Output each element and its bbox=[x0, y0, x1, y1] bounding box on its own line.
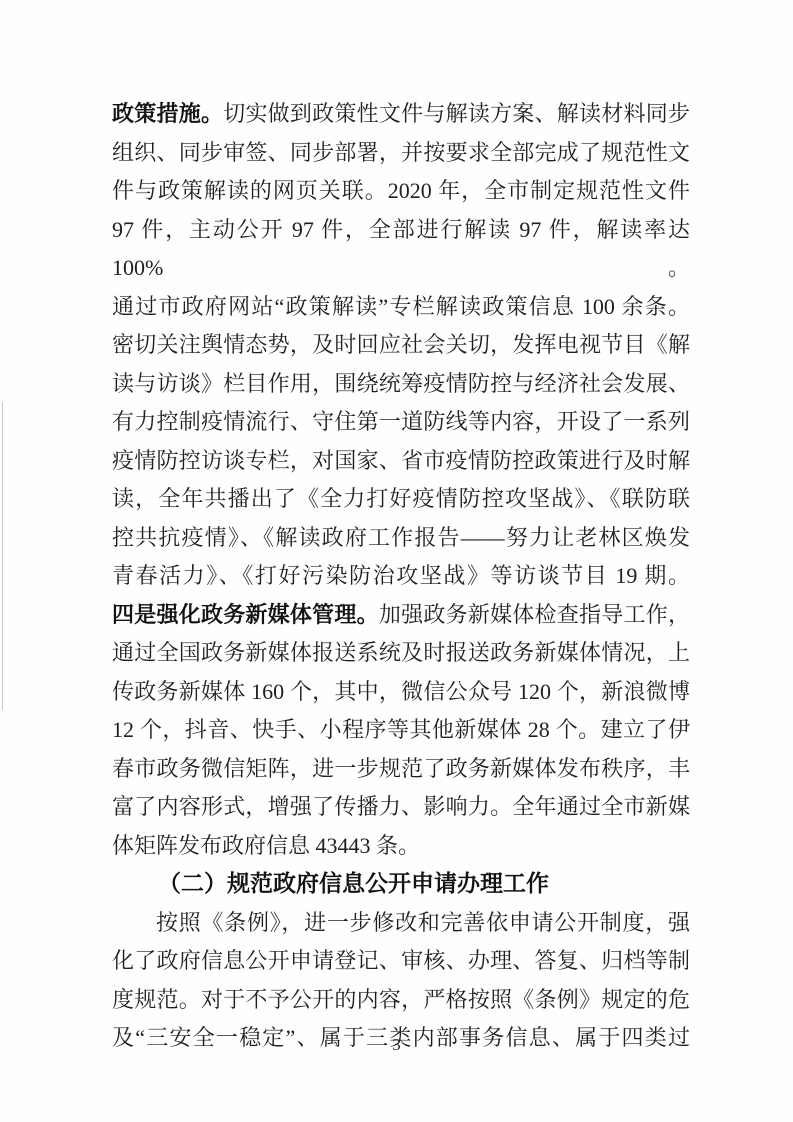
text-line: 控共抗疫情》、《解读政府工作报告——努力让老林区焕发 bbox=[112, 519, 690, 558]
document-body: 政策措施。切实做到政策性文件与解读方案、解读材料同步 组织、同步审签、同步部署，… bbox=[112, 95, 690, 1058]
text-run: 组织、同步审签、同步部署，并按要求全部完成了规范性文 bbox=[112, 140, 690, 165]
text-run: 12 个，抖音、快手、小程序等其他新媒体 28 个。建立了伊 bbox=[112, 717, 690, 742]
text-line: 体矩阵发布政府信息 43443 条。 bbox=[112, 827, 690, 866]
text-run: 按照《条例》，进一步修改和完善依申请公开制度，强 bbox=[156, 910, 690, 935]
text-run: 加强政务新媒体检查指导工作， bbox=[379, 602, 690, 627]
text-run: 通过市政府网站“政策解读”专栏解读政策信息 100 余条。 bbox=[112, 294, 690, 319]
text-run: 春市政务微信矩阵，进一步规范了政务新媒体发布秩序，丰 bbox=[112, 756, 690, 781]
text-run: 富了内容形式，增强了传播力、影响力。全年通过全市新媒 bbox=[112, 794, 690, 819]
text-line: 读，全年共播出了《全力打好疫情防控攻坚战》、《联防联 bbox=[112, 480, 690, 519]
document-page: 政策措施。切实做到政策性文件与解读方案、解读材料同步 组织、同步审签、同步部署，… bbox=[0, 0, 793, 1122]
text-line: 通过全国政务新媒体报送系统及时报送政务新媒体情况，上 bbox=[112, 634, 690, 673]
section-heading: （二）规范政府信息公开申请办理工作 bbox=[112, 865, 690, 904]
text-line: 政策措施。切实做到政策性文件与解读方案、解读材料同步 bbox=[112, 95, 690, 134]
text-line: 四是强化政务新媒体管理。加强政务新媒体检查指导工作， bbox=[112, 596, 690, 635]
text-line: 度规范。对于不予公开的内容，严格按照《条例》规定的危 bbox=[112, 981, 690, 1020]
text-line: 通过市政府网站“政策解读”专栏解读政策信息 100 余条。 bbox=[112, 288, 690, 327]
text-line: 按照《条例》，进一步修改和完善依申请公开制度，强 bbox=[112, 904, 690, 943]
text-run: 读与访谈》栏目作用，围绕统筹疫情防控与经济社会发展、 bbox=[112, 371, 690, 396]
scan-artifact-line bbox=[2, 402, 3, 710]
text-run: 通过全国政务新媒体报送系统及时报送政务新媒体情况，上 bbox=[112, 640, 690, 665]
text-line: 组织、同步审签、同步部署，并按要求全部完成了规范性文 bbox=[112, 134, 690, 173]
text-run: 青春活力》、《打好污染防治攻坚战》等访谈节目 19 期。 bbox=[112, 563, 690, 588]
text-run: 有力控制疫情流行、守住第一道防线等内容，开设了一系列 bbox=[112, 409, 690, 434]
text-line: 97 件，主动公开 97 件，全部进行解读 97 件，解读率达 100%。 bbox=[112, 211, 690, 288]
text-line: 传政务新媒体 160 个，其中，微信公众号 120 个，新浪微博 bbox=[112, 673, 690, 712]
text-run: 度规范。对于不予公开的内容，严格按照《条例》规定的危 bbox=[112, 987, 690, 1012]
text-line: 12 个，抖音、快手、小程序等其他新媒体 28 个。建立了伊 bbox=[112, 711, 690, 750]
text-line: 富了内容形式，增强了传播力、影响力。全年通过全市新媒 bbox=[112, 788, 690, 827]
text-line: 有力控制疫情流行、守住第一道防线等内容，开设了一系列 bbox=[112, 403, 690, 442]
text-run: 密切关注舆情态势，及时回应社会关切，发挥电视节目《解 bbox=[112, 332, 690, 357]
text-run: 读，全年共播出了《全力打好疫情防控攻坚战》、《联防联 bbox=[112, 486, 690, 511]
text-line: 疫情防控访谈专栏，对国家、省市疫情防控政策进行及时解 bbox=[112, 442, 690, 481]
page-number: 3 bbox=[0, 1035, 793, 1055]
text-run: 疫情防控访谈专栏，对国家、省市疫情防控政策进行及时解 bbox=[112, 448, 690, 473]
bold-emphasis: 四是强化政务新媒体管理。 bbox=[112, 602, 379, 627]
text-run: 化了政府信息公开申请登记、审核、办理、答复、归档等制 bbox=[112, 948, 690, 973]
text-line: 青春活力》、《打好污染防治攻坚战》等访谈节目 19 期。 bbox=[112, 557, 690, 596]
text-run: 传政务新媒体 160 个，其中，微信公众号 120 个，新浪微博 bbox=[112, 679, 690, 704]
heading-text: （二）规范政府信息公开申请办理工作 bbox=[158, 871, 549, 896]
text-run: 体矩阵发布政府信息 43443 条。 bbox=[112, 833, 420, 858]
text-run: 控共抗疫情》、《解读政府工作报告——努力让老林区焕发 bbox=[112, 525, 690, 550]
text-line: 读与访谈》栏目作用，围绕统筹疫情防控与经济社会发展、 bbox=[112, 365, 690, 404]
text-line: 春市政务微信矩阵，进一步规范了政务新媒体发布秩序，丰 bbox=[112, 750, 690, 789]
text-run: 97 件，主动公开 97 件，全部进行解读 97 件，解读率达 100%。 bbox=[112, 217, 690, 281]
text-run: 件与政策解读的网页关联。2020 年，全市制定规范性文件 bbox=[112, 178, 690, 203]
bold-emphasis: 政策措施。 bbox=[112, 101, 223, 126]
text-run: 切实做到政策性文件与解读方案、解读材料同步 bbox=[223, 101, 690, 126]
text-line: 件与政策解读的网页关联。2020 年，全市制定规范性文件 bbox=[112, 172, 690, 211]
text-line: 密切关注舆情态势，及时回应社会关切，发挥电视节目《解 bbox=[112, 326, 690, 365]
text-line: 化了政府信息公开申请登记、审核、办理、答复、归档等制 bbox=[112, 942, 690, 981]
